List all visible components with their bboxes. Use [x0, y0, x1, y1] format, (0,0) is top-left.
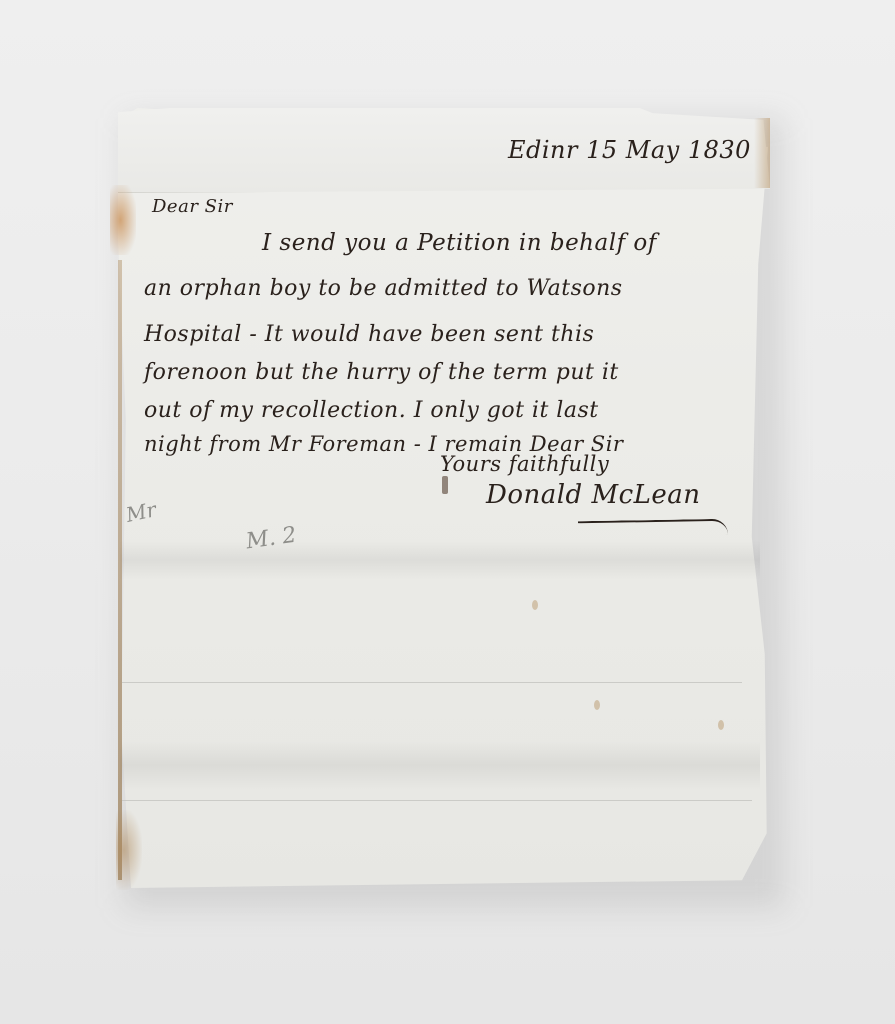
- body-line: an orphan boy to be admitted to Watsons: [144, 276, 623, 301]
- salutation: Dear Sir: [152, 196, 233, 217]
- edge-stain: [754, 118, 770, 188]
- fold-shadow: [120, 540, 760, 580]
- body-line: forenoon but the hurry of the term put i…: [144, 360, 619, 385]
- body-line: Hospital - It would have been sent this: [144, 322, 594, 347]
- foxing-spot: [718, 720, 724, 730]
- fold-crease: [122, 800, 752, 801]
- dateline: Edinr 15 May 1830: [508, 136, 751, 164]
- signature-flourish: [578, 519, 728, 538]
- fold-crease: [122, 682, 742, 683]
- body-line: out of my recollection. I only got it la…: [144, 398, 599, 423]
- signature: Donald McLean: [486, 480, 701, 510]
- foxing-spot: [532, 600, 538, 610]
- edge-stain: [116, 810, 142, 890]
- torn-edge-stain: [110, 185, 136, 255]
- aged-edge: [118, 260, 122, 880]
- foxing-spot: [594, 700, 600, 710]
- body-line: I send you a Petition in behalf of: [262, 230, 657, 256]
- ink-blot: [442, 476, 448, 494]
- fold-shadow: [120, 740, 760, 790]
- closing: Yours faithfully: [440, 452, 609, 476]
